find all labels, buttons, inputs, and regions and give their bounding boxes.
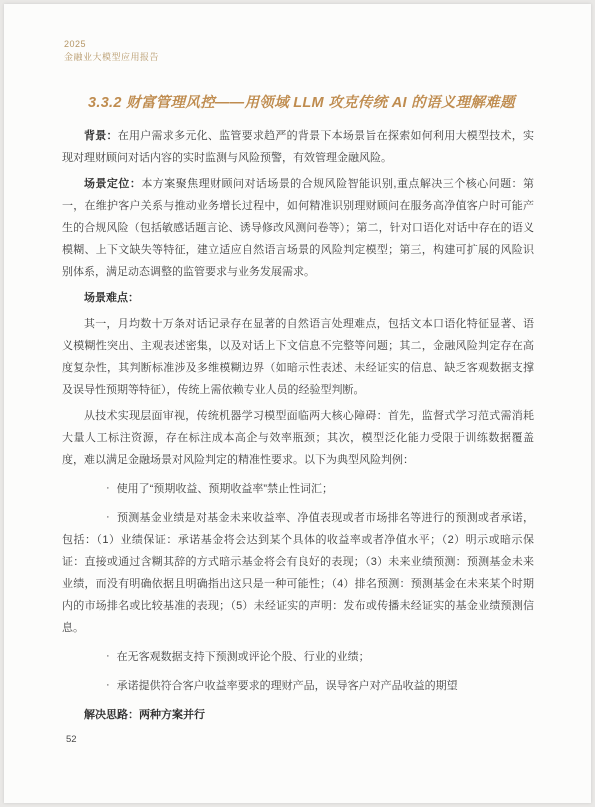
list-item: ·在无客观数据支持下预测或评论个股、行业的业绩； [62,646,534,668]
report-name: 金融业大模型应用报告 [64,51,591,64]
page-number: 52 [66,734,77,745]
document-page: 2025 金融业大模型应用报告 3.3.2 财富管理风控——用领域 LLM 攻克… [4,4,591,803]
background-text: 在用户需求多元化、监管要求趋严的背景下本场景旨在探索如何利用大模型技术，实现对理… [62,130,534,164]
bullet-text-2: 预测基金业绩是对基金未来收益率、净值表现或者市场排名等进行的预测或者承诺，包括：… [62,512,534,634]
bullet-text-3: 在无客观数据支持下预测或评论个股、行业的业绩； [117,651,370,663]
list-item: ·使用了“预期收益、预期收益率”禁止性词汇； [62,478,534,500]
difficulty-heading-text: 场景难点： [84,292,139,304]
heading-solution: 解决思路：两种方案并行 [62,704,534,726]
section-title: 3.3.2 财富管理风控——用领域 LLM 攻克传统 AI 的语义理解难题 [88,91,535,112]
bullet-icon: · [84,506,110,528]
positioning-label: 场景定位： [84,178,141,190]
document-body: 背景：在用户需求多元化、监管要求趋严的背景下本场景旨在探索如何利用大模型技术，实… [62,125,534,726]
list-item: ·预测基金业绩是对基金未来收益率、净值表现或者市场排名等进行的预测或者承诺，包括… [62,507,534,639]
report-header: 2025 金融业大模型应用报告 [64,38,591,64]
solution-heading-text: 解决思路：两种方案并行 [84,709,205,721]
positioning-text: 本方案聚焦理财顾问对话场景的合规风险智能识别,重点解决三个核心问题：第一，在维护… [62,178,534,278]
bullet-icon: · [84,674,110,696]
heading-difficulty: 场景难点： [62,287,534,309]
report-year: 2025 [64,38,591,51]
paragraph-difficulty-1: 其一，月均数十万条对话记录存在显著的自然语言处理难点，包括文本口语化特征显著、语… [62,313,534,401]
bullet-icon: · [84,645,110,667]
paragraph-difficulty-2: 从技术实现层面审视，传统机器学习模型面临两大核心障碍：首先，监督式学习范式需消耗… [62,405,534,471]
paragraph-background: 背景：在用户需求多元化、监管要求趋严的背景下本场景旨在探索如何利用大模型技术，实… [62,125,534,169]
background-label: 背景： [84,130,118,142]
list-item: ·承诺提供符合客户收益率要求的理财产品，误导客户对产品收益的期望 [62,675,534,697]
bullet-icon: · [84,477,110,499]
bullet-text-4: 承诺提供符合客户收益率要求的理财产品，误导客户对产品收益的期望 [117,680,458,692]
paragraph-positioning: 场景定位：本方案聚焦理财顾问对话场景的合规风险智能识别,重点解决三个核心问题：第… [62,173,534,283]
bullet-text-1: 使用了“预期收益、预期收益率”禁止性词汇； [117,483,333,495]
